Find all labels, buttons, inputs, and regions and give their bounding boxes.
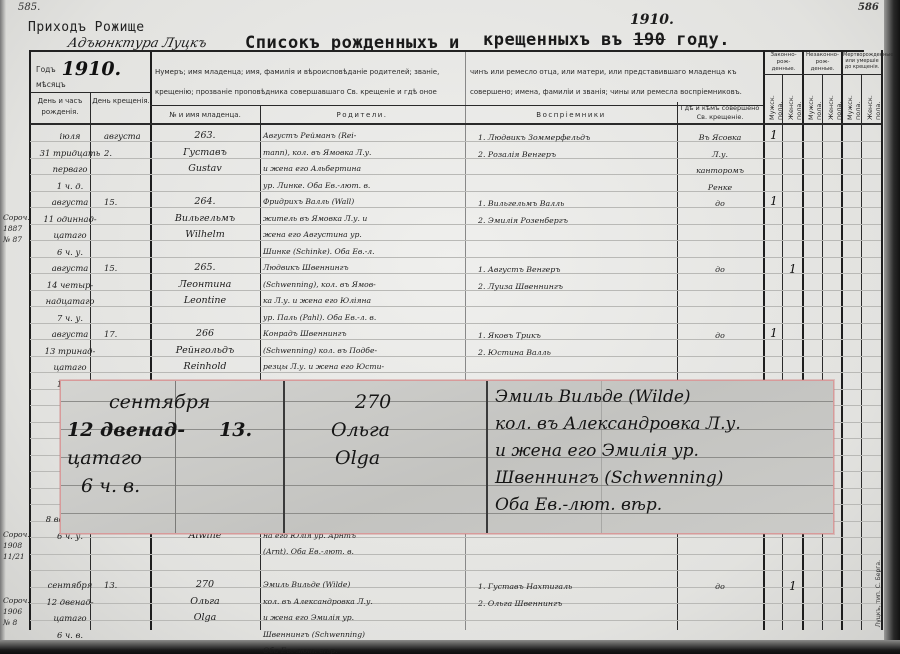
row-line: [30, 92, 150, 93]
col-line: [677, 102, 678, 630]
month-label: мѣсяцъ: [36, 80, 66, 89]
right-page-number: 586: [858, 2, 879, 13]
col-line: [260, 106, 261, 630]
entry-number-name: 270 Ольга Olga: [152, 577, 258, 627]
printer-imprint: Луцкъ, тип. С. Берга.: [875, 560, 882, 627]
title-prefix: крещенныхъ въ: [483, 30, 623, 50]
entry-parents: Августъ Рейманъ (Rei- mann), кол. въ Ямо…: [263, 128, 371, 194]
scan-edge-bottom: [0, 640, 900, 654]
entry-baptism: 15.: [104, 194, 117, 211]
zoom-entry-number: 270: [355, 389, 391, 416]
header-legit-female: Женск. пола.: [787, 80, 803, 120]
header-number-name: № и имя младенца.: [152, 110, 258, 121]
scan-edge-right: [884, 0, 900, 654]
entry-number-name: 266 Рейнгольдъ Reinhold: [152, 326, 258, 376]
entry-margin-note: Сороч. 1906 № 8: [3, 595, 30, 628]
header-description-2: крещенію; прозваніе проповѣдника соверша…: [155, 87, 465, 98]
entry-baptism: 15.: [104, 260, 117, 277]
header-parents: Родители.: [262, 110, 462, 121]
zoom-parents: Эмиль Вильде (Wilde) кол. въ Александров…: [495, 384, 741, 519]
entry-margin-note: Сороч. 1887 № 87: [3, 212, 30, 245]
entry-where-baptized: до: [679, 579, 761, 596]
header-birth-day-hour: День и часъ рожденія.: [31, 96, 89, 118]
zoom-col-line: [486, 381, 488, 533]
row-line: [150, 105, 763, 106]
entry-birth: августа 11 одиннад- цатаго 6 ч. у.: [31, 194, 109, 260]
zoom-name-ru: Ольга: [331, 417, 390, 444]
header-godparents: Воспріемники: [467, 110, 675, 121]
header-stillborn: Мертворожденные или умершіе до крещенія.: [843, 52, 881, 70]
entry-legit-male-mark: 1: [770, 194, 778, 208]
header-description-2-right: совершено; имена, фамиліи и званія; чины…: [470, 87, 765, 98]
entry-legit-female-mark: 1: [789, 262, 797, 276]
entry-legit-female-mark: 1: [789, 579, 797, 593]
zoom-baptism-day: 13.: [219, 417, 252, 444]
entry-number-name: 265. Леонтина Leontine: [152, 260, 258, 310]
handwritten-year-correction: 1910.: [630, 12, 674, 28]
header-where-baptized: Гдѣ и кѣмъ совершено Св. крещеніе.: [679, 104, 761, 122]
row-line: [763, 74, 881, 75]
entry-godparents: 1. Яковъ Трикъ 2. Юстина Валль: [478, 328, 551, 361]
year-label: Годъ: [36, 65, 56, 74]
ruled-line: [30, 257, 881, 258]
entry-parents: Людвикъ Швеннингъ (Schwenning), кол. въ …: [263, 260, 376, 326]
header-still-female: Женск. пола.: [866, 80, 882, 120]
deanery-handwritten: Адъюнктура Луцкъ: [66, 36, 208, 51]
ruled-line: [30, 323, 881, 324]
header-bottom-line: [30, 123, 881, 125]
zoom-birth-month: сентября: [109, 389, 210, 416]
zoom-birth-hour: 6 ч. в.: [81, 473, 140, 500]
entry-where-baptized: до: [679, 196, 761, 213]
entry-baptism: 17.: [104, 326, 117, 343]
header-illegit-female: Женск. пола.: [827, 80, 843, 120]
entry-where-baptized: до: [679, 262, 761, 279]
entry-birth: сентября 12 двенад- цатаго 6 ч. в.: [31, 577, 109, 643]
entry-godparents: 1. Августъ Венгеръ 2. Луиза Швеннингъ: [478, 262, 563, 295]
entry-baptism: 13.: [104, 577, 117, 594]
entry-where-baptized: до: [679, 328, 761, 345]
header-baptism-day: День крещенія.: [92, 96, 150, 107]
entry-where-baptized: Въ Ясовка Л.у. канторомъ Ренке: [679, 130, 761, 196]
header-description-1: Нумеръ; имя младенца; имя, фамилія и вѣр…: [155, 67, 465, 78]
header-legitimate: Законно-рож-денные.: [765, 52, 802, 73]
entry-birth: іюля 31 тридцать перваго 1 ч. д.: [31, 128, 109, 194]
header-illegitimate: Незаконно-рож-денные.: [804, 52, 841, 73]
entry-godparents: 1. Людвикъ Зоммерфельдъ 2. Розалія Венге…: [478, 130, 590, 163]
zoom-birth-day: 12 двенад-: [67, 417, 185, 444]
entry-number-name: 263. Густавъ Gustav: [152, 128, 258, 178]
col-line: [763, 50, 765, 630]
header-legit-male: Мужск. пола.: [768, 80, 784, 120]
col-line: [881, 50, 883, 630]
entry-birth: августа 14 четыр- надцатаго 7 ч. у.: [31, 260, 109, 326]
entry-parents: Фридрихъ Валль (Wall) житель въ Ямовка Л…: [263, 194, 375, 260]
left-page-number: 585.: [18, 2, 40, 13]
col-line: [465, 52, 466, 630]
title-suffix: году.: [676, 30, 730, 50]
register-title-right: крещенныхъ въ 190 году.: [483, 30, 730, 50]
entry-legit-male-mark: 1: [770, 128, 778, 142]
zoom-name-de: Olga: [335, 445, 380, 472]
ruled-line: [30, 570, 881, 571]
entry-godparents: 1. Густавъ Нахтигаль 2. Ольга Швеннингъ: [478, 579, 572, 612]
magnified-entry-overlay: сентября 12 двенад- 13. цатаго 6 ч. в. 2…: [60, 380, 834, 534]
year-header: Годъ1910. мѣсяцъ: [36, 58, 121, 89]
register-page-scan: 585. 586 Приходъ Рожище Адъюнктура Луцкъ…: [0, 0, 900, 654]
zoom-birth-day-2: цатаго: [67, 445, 142, 472]
entry-parents: Эмиль Вильде (Wilde) кол. въ Александров…: [263, 577, 373, 654]
zoom-col-line: [283, 381, 285, 533]
entry-baptism: августа 2.: [104, 128, 141, 161]
entry-number-name: 264. Вильгельмъ Wilhelm: [152, 194, 258, 244]
year-value: 1910.: [62, 58, 122, 80]
header-description-1-right: чинъ или ремесло отца, или матери, или п…: [470, 67, 765, 78]
col-line: [841, 50, 843, 630]
header-still-male: Мужск. пола.: [846, 80, 862, 120]
parish-label: Приходъ Рожище: [28, 20, 145, 35]
ruled-line: [30, 554, 881, 555]
printed-year-struck: 190: [633, 30, 665, 50]
entry-legit-male-mark: 1: [770, 326, 778, 340]
header-illegit-male: Мужск. пола.: [807, 80, 823, 120]
entry-margin-note: Сороч. 1908 11/21: [3, 529, 30, 562]
col-line: [802, 50, 804, 630]
entry-godparents: 1. Вильгельмъ Валль 2. Эмилія Розенбергъ: [478, 196, 568, 229]
